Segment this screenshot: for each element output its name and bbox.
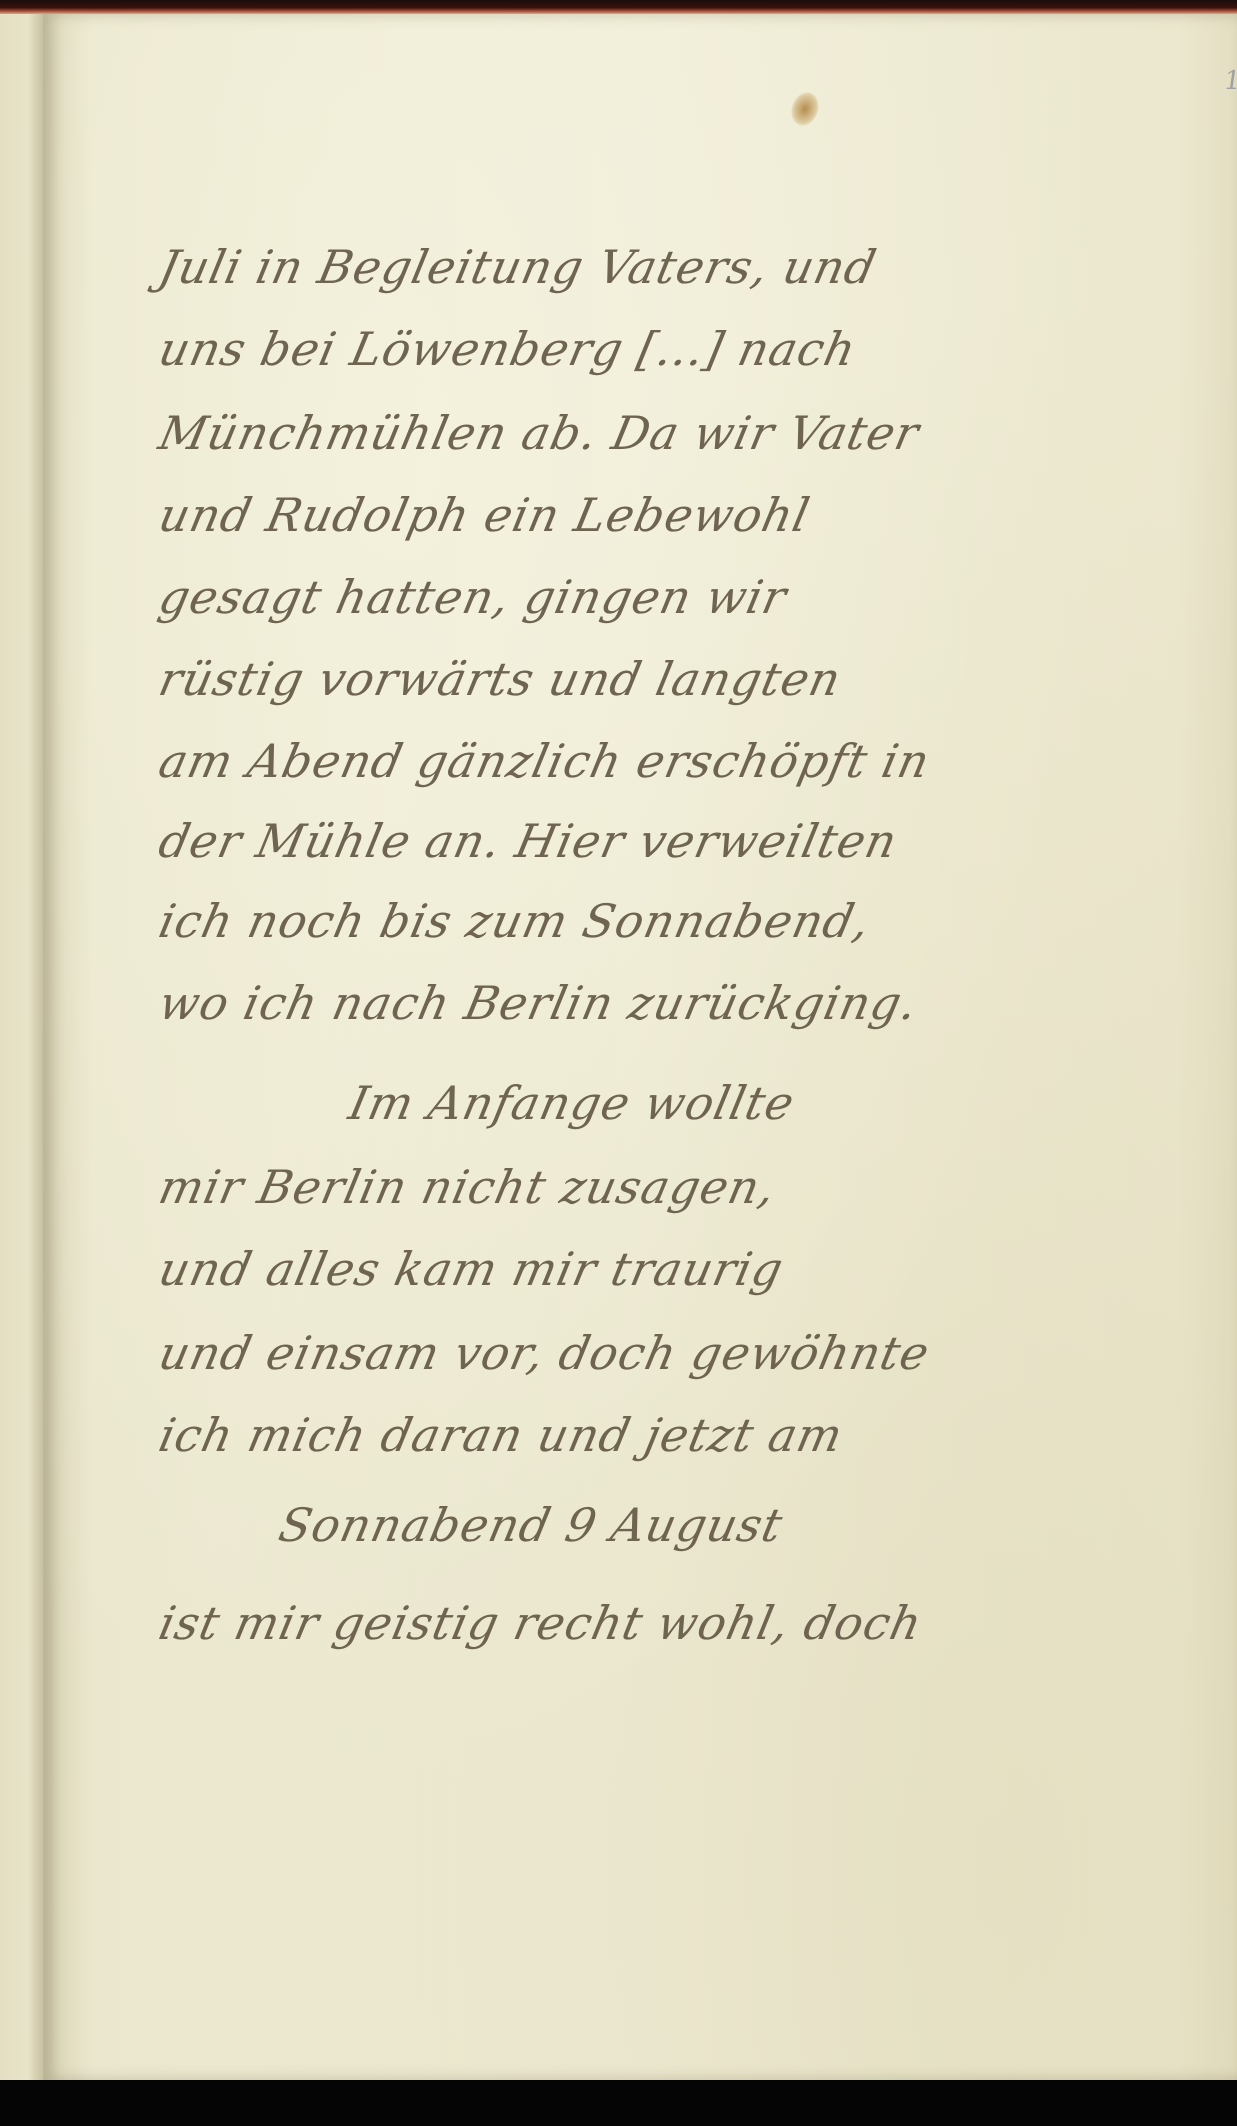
text-line: ist mir geistig recht wohl, doch (154, 1596, 927, 1650)
text-line: ich mich daran und jetzt am (154, 1408, 848, 1462)
ink-stain (787, 89, 823, 130)
text-line: uns bei Löwenberg [...] nach (154, 322, 861, 376)
text-line: der Mühle an. Hier verweilten (154, 814, 902, 868)
text-line: rüstig vorwärts und langten (154, 652, 846, 706)
text-line: ich noch bis zum Sonnabend, (154, 894, 875, 948)
page-number: 11 (1222, 66, 1237, 96)
text-line: Juli in Begleitung Vaters, und (154, 240, 881, 294)
scan-background-bottom (0, 2080, 1237, 2126)
text-line-date: Sonnabend 9 August (274, 1498, 788, 1552)
text-line: gesagt hatten, gingen wir (154, 570, 792, 624)
text-line: Im Anfange wollte (344, 1076, 799, 1130)
text-line: mir Berlin nicht zusagen, (154, 1160, 781, 1214)
text-line: Münchmühlen ab. Da wir Vater (154, 406, 924, 460)
text-line: und Rudolph ein Lebewohl (154, 488, 815, 542)
text-line: und einsam vor, doch gewöhnte (154, 1326, 934, 1380)
binding-left-leaf (0, 14, 46, 2080)
text-line: und alles kam mir traurig (154, 1242, 788, 1296)
text-line: am Abend gänzlich erschöpft in (154, 734, 935, 788)
book-top-edge (0, 0, 1237, 14)
text-line: wo ich nach Berlin zurückging. (154, 976, 923, 1030)
